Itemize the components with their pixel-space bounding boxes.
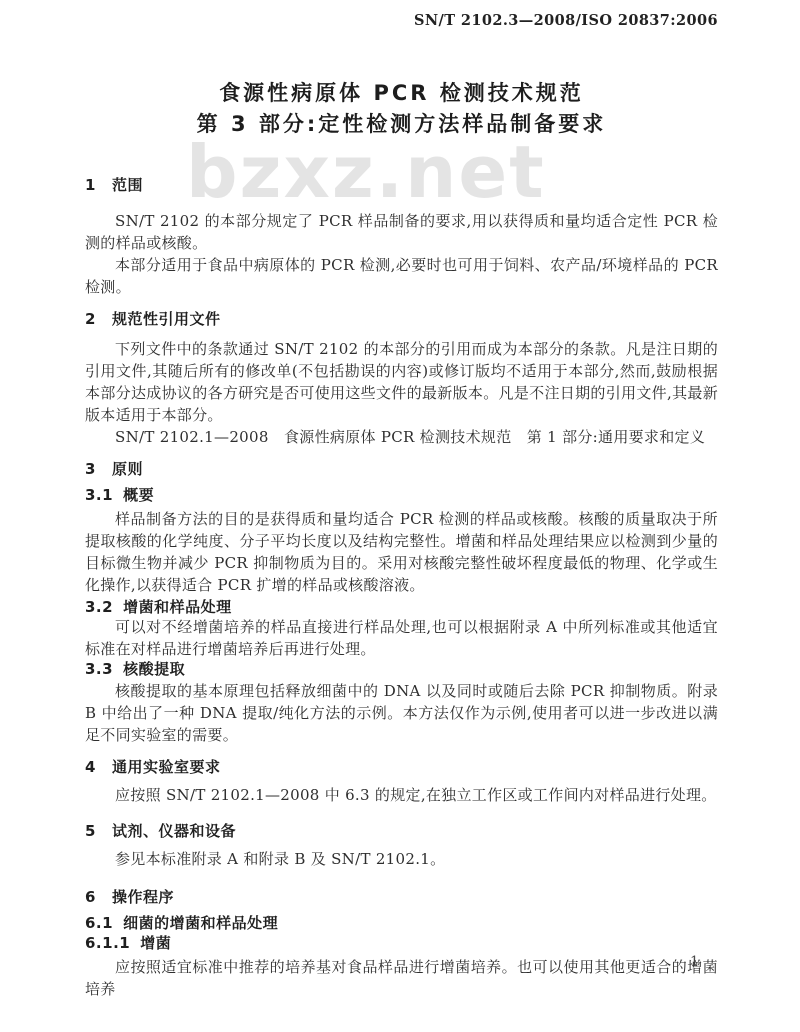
section-6-1-1-title: 增菌: [140, 934, 171, 952]
section-3-2-number: 3.2: [85, 598, 113, 616]
section-6-1-1-heading: 6.1.1 增菌: [85, 934, 718, 952]
section-2-title: 规范性引用文件: [112, 310, 221, 328]
section-2-number: 2: [85, 310, 96, 328]
section-2-heading: 2 规范性引用文件: [85, 310, 718, 328]
section-3-3-paragraph-1: 核酸提取的基本原理包括释放细菌中的 DNA 以及同时或随后去除 PCR 抑制物质…: [85, 680, 718, 746]
section-5-heading: 5 试剂、仪器和设备: [85, 822, 718, 840]
section-2-reference: SN/T 2102.1—2008 食源性病原体 PCR 检测技术规范 第 1 部…: [85, 426, 718, 448]
section-1-title: 范围: [112, 176, 143, 194]
section-3-1-number: 3.1: [85, 486, 113, 504]
document-title: 食源性病原体 PCR 检测技术规范 第 3 部分:定性检测方法样品制备要求: [85, 78, 718, 140]
section-5-paragraph-1: 参见本标准附录 A 和附录 B 及 SN/T 2102.1。: [85, 848, 718, 870]
section-3-3-number: 3.3: [85, 660, 113, 678]
section-3-2-paragraph-1: 可以对不经增菌培养的样品直接进行样品处理,也可以根据附录 A 中所列标准或其他适…: [85, 616, 718, 660]
section-1-number: 1: [85, 176, 96, 194]
section-2-paragraph-1: 下列文件中的条款通过 SN/T 2102 的本部分的引用而成为本部分的条款。凡是…: [85, 338, 718, 426]
section-4-heading: 4 通用实验室要求: [85, 758, 718, 776]
section-3-number: 3: [85, 460, 96, 478]
section-6-number: 6: [85, 888, 96, 906]
section-6-1-1-number: 6.1.1: [85, 934, 130, 952]
section-3-2-heading: 3.2 增菌和样品处理: [85, 598, 718, 616]
section-6-heading: 6 操作程序: [85, 888, 718, 906]
standard-code-header: SN/T 2102.3—2008/ISO 20837:2006: [85, 12, 718, 30]
section-1-paragraph-2: 本部分适用于食品中病原体的 PCR 检测,必要时也可用于饲料、农产品/环境样品的…: [85, 254, 718, 298]
section-4-paragraph-1: 应按照 SN/T 2102.1—2008 中 6.3 的规定,在独立工作区或工作…: [85, 784, 718, 806]
section-3-1-title: 概要: [123, 486, 154, 504]
section-6-1-heading: 6.1 细菌的增菌和样品处理: [85, 914, 718, 932]
section-1-heading: 1 范围: [85, 176, 718, 194]
section-3-3-title: 核酸提取: [123, 660, 185, 678]
section-3-1-heading: 3.1 概要: [85, 486, 718, 504]
document-title-line2: 第 3 部分:定性检测方法样品制备要求: [85, 109, 718, 140]
section-4-number: 4: [85, 758, 96, 776]
section-5-title: 试剂、仪器和设备: [112, 822, 236, 840]
section-6-1-number: 6.1: [85, 914, 113, 932]
section-6-title: 操作程序: [112, 888, 174, 906]
section-6-1-title: 细菌的增菌和样品处理: [123, 914, 278, 932]
section-3-heading: 3 原则: [85, 460, 718, 478]
section-3-2-title: 增菌和样品处理: [123, 598, 232, 616]
section-1-paragraph-1: SN/T 2102 的本部分规定了 PCR 样品制备的要求,用以获得质和量均适合…: [85, 210, 718, 254]
document-title-line1: 食源性病原体 PCR 检测技术规范: [85, 78, 718, 109]
document-page: bzxz.net SN/T 2102.3—2008/ISO 20837:2006…: [0, 0, 800, 1032]
section-4-title: 通用实验室要求: [112, 758, 221, 776]
section-5-number: 5: [85, 822, 96, 840]
section-3-1-paragraph-1: 样品制备方法的目的是获得质和量均适合 PCR 检测的样品或核酸。核酸的质量取决于…: [85, 508, 718, 596]
section-3-title: 原则: [112, 460, 143, 478]
document-content: SN/T 2102.3—2008/ISO 20837:2006 食源性病原体 P…: [0, 0, 800, 1000]
section-6-1-1-paragraph-1: 应按照适宜标准中推荐的培养基对食品样品进行增菌培养。也可以使用其他更适合的增菌培…: [85, 956, 718, 1000]
section-3-3-heading: 3.3 核酸提取: [85, 660, 718, 678]
